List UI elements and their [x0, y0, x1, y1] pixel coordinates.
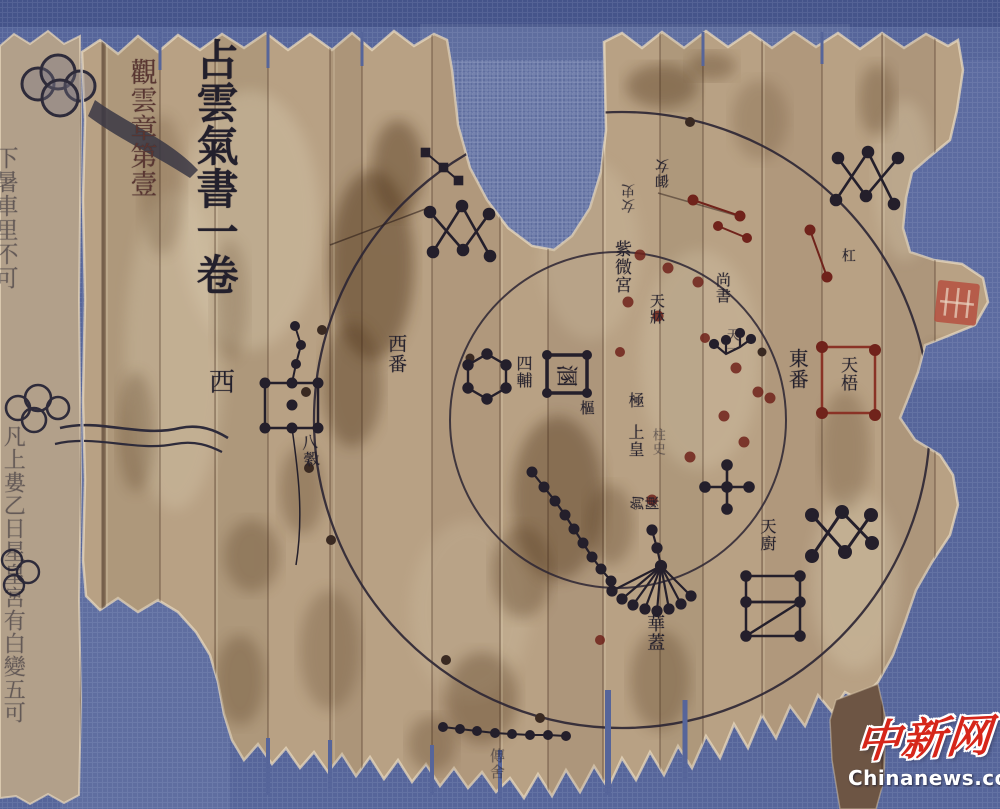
- left-edge-text-column-bottom: 凡上婁乙日星皇宮有白變五可: [0, 425, 24, 724]
- label-yunv: 御女: [656, 158, 671, 188]
- label-ji: 極: [626, 392, 643, 409]
- label-tianwu: 天梧: [838, 356, 856, 392]
- label-gouchen: 鉤陳: [630, 497, 660, 512]
- red-seal-stamp: [934, 280, 980, 326]
- label-bagu: 八穀: [298, 433, 320, 469]
- scroll-title: 占雲氣書一卷: [192, 38, 237, 296]
- label-chuanshe: 傳舍: [488, 748, 504, 780]
- label-gang: 杠: [840, 248, 855, 263]
- label-tianchu: 天廚: [758, 518, 775, 552]
- label-xifan: 西番: [386, 334, 406, 374]
- watermark-logo-text: 中新网: [846, 714, 1000, 766]
- label-huagai: 華蓋: [645, 614, 664, 652]
- chinanews-watermark: 中新网 Chinanews.com: [848, 718, 1000, 790]
- label-square-enclosure-char: 溷: [555, 362, 578, 385]
- news-photo-ancient-star-chart: 占雲氣書一卷 觀雲章第壹 西 下暑車里不可 凡上婁乙日星皇宮有白變五可 西番 東…: [0, 0, 1000, 809]
- label-tianchuang: 天牀: [648, 293, 664, 325]
- label-shangshu: 尚書: [714, 272, 730, 304]
- label-zhushi: 柱史: [650, 428, 664, 456]
- label-dongfan: 東番: [786, 348, 807, 390]
- label-shanghuang: 上皇: [626, 424, 643, 458]
- watermark-site-text: Chinanews.com: [848, 766, 1000, 790]
- label-shu: 樞: [578, 400, 594, 416]
- label-ziweigong: 紫微宮: [612, 240, 630, 294]
- label-nvshi: 女史: [622, 183, 637, 213]
- direction-note-west: 西: [205, 368, 233, 395]
- chapter-heading: 觀雲章第壹: [122, 58, 158, 198]
- label-sifu: 四輔: [514, 355, 531, 389]
- label-tianyi: 天一: [724, 328, 738, 356]
- left-edge-text-column-top: 下暑車里不可: [0, 146, 17, 290]
